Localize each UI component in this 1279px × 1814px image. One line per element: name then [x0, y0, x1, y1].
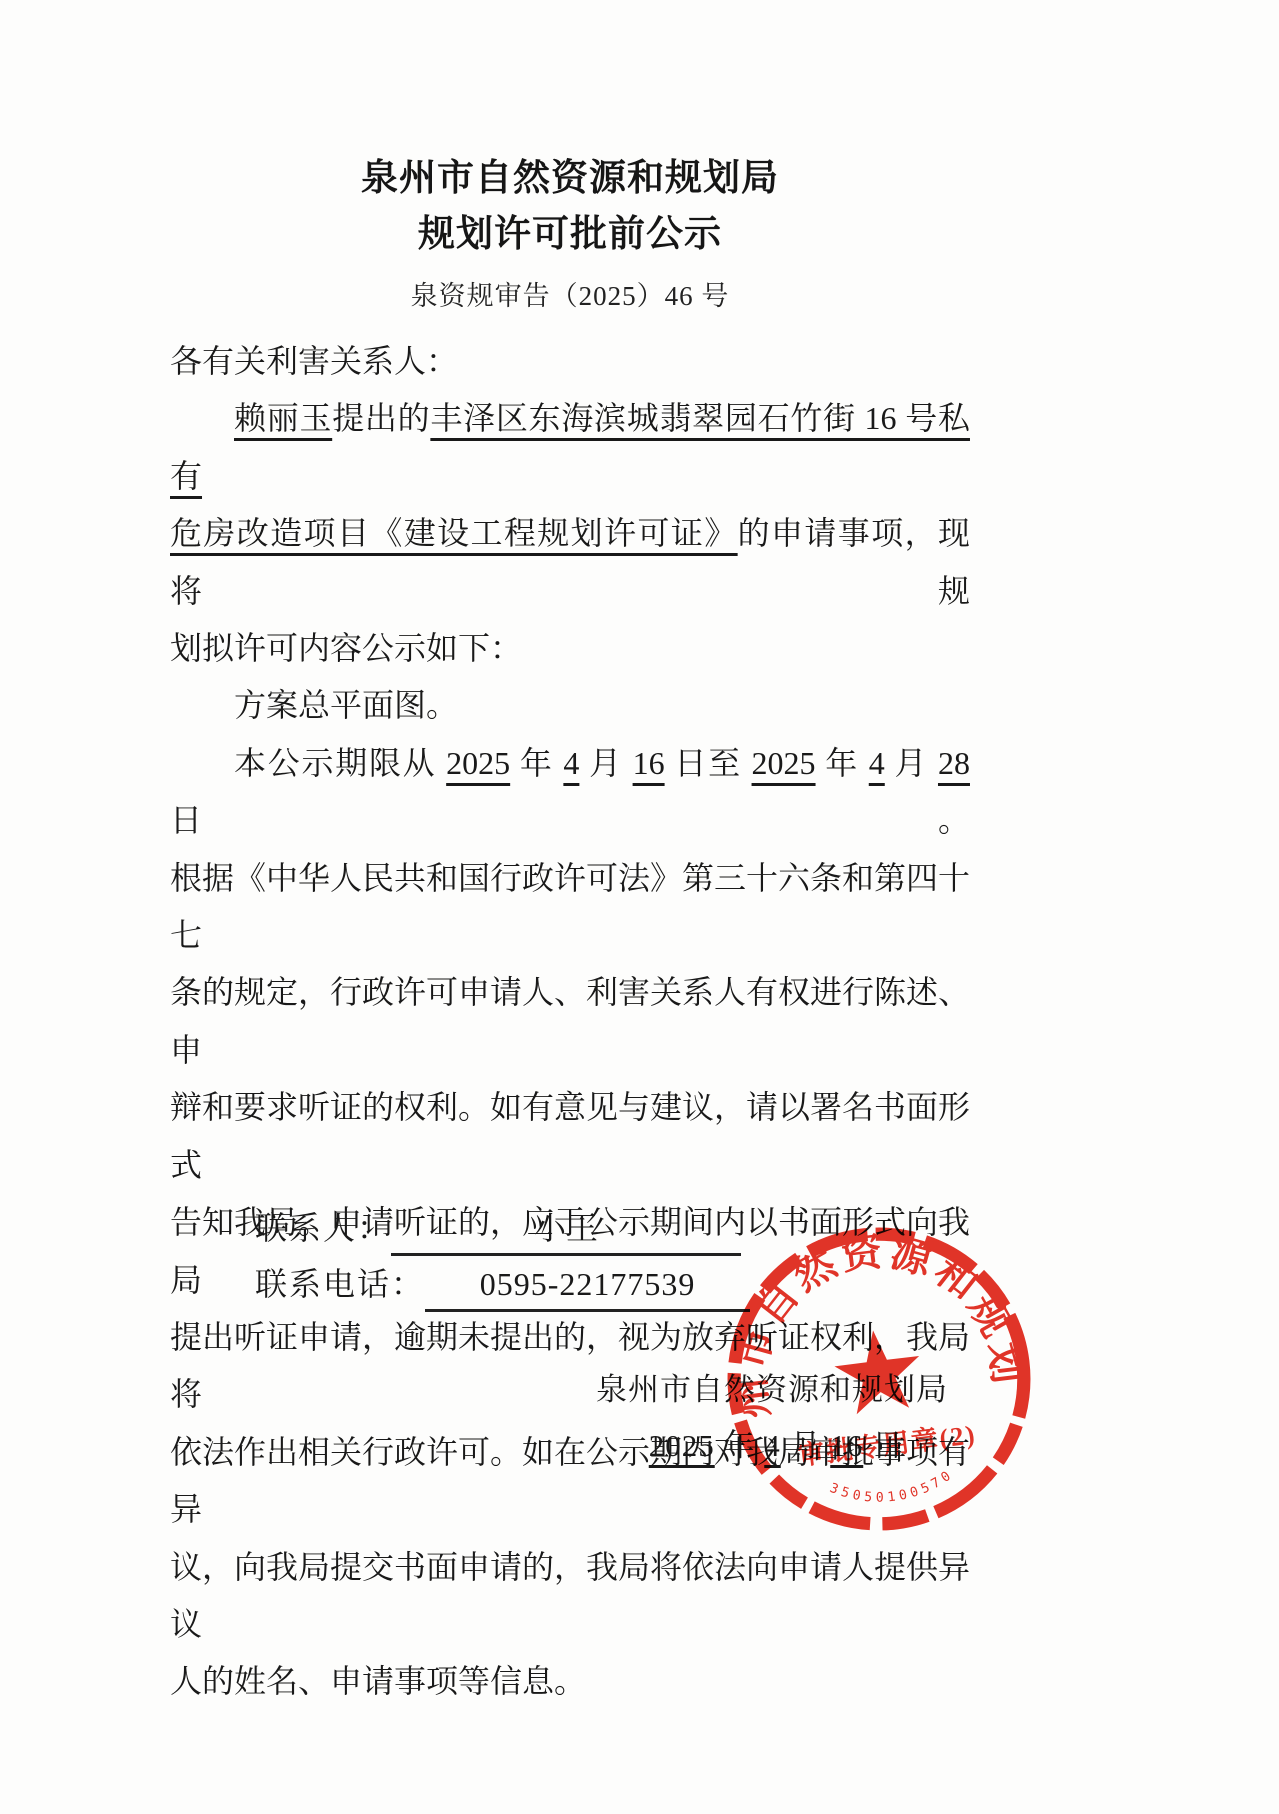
contact-person-label: 联系人： — [255, 1200, 391, 1256]
document-page: 泉州市自然资源和规划局 规划许可批前公示 泉资规审告（2025）46 号 各有关… — [0, 0, 1279, 1814]
body-line: 划拟许可内容公示如下： — [170, 620, 970, 677]
text-run: 本公示期限从 — [234, 745, 446, 781]
title-line-1: 泉州市自然资源和规划局 — [170, 150, 970, 206]
text-run: 提出的 — [332, 400, 430, 436]
text-run: 条的规定，行政许可申请人、利害关系人有权进行陈述、申 — [170, 974, 970, 1067]
text-run: 月 — [885, 745, 938, 781]
text-run: 方案总平面图。 — [234, 687, 458, 723]
body-line: 人的姓名、申请事项等信息。 — [170, 1653, 970, 1710]
underlined-text: 4 — [764, 1428, 781, 1463]
title-line-2: 规划许可批前公示 — [170, 206, 970, 262]
text-run: 年 — [510, 745, 563, 781]
body-line: 辩和要求听证的权利。如有意见与建议，请以署名书面形式 — [170, 1079, 970, 1194]
contact-person-value: 小王 — [391, 1203, 741, 1256]
signature-date: 2025 年 4 月 16 日 — [170, 1418, 970, 1474]
text-run: 年 — [715, 1428, 765, 1463]
underlined-text: 2025 — [752, 745, 816, 781]
text-run: 日。 — [170, 802, 970, 838]
body-line: 根据《中华人民共和国行政许可法》第三十六条和第四十七 — [170, 850, 970, 965]
underlined-text: 4 — [563, 745, 579, 781]
text-run: 日至 — [665, 745, 752, 781]
body-line: 危房改造项目《建设工程规划许可证》的申请事项，现将规 — [170, 505, 970, 620]
text-run: 月 — [579, 745, 632, 781]
text-run: 年 — [816, 745, 869, 781]
document-body: 各有关利害关系人：赖丽玉提出的丰泽区东海滨城翡翠园石竹街 16 号私有危房改造项… — [170, 333, 970, 1711]
document-header: 泉州市自然资源和规划局 规划许可批前公示 泉资规审告（2025）46 号 — [170, 150, 970, 313]
body-line: 赖丽玉提出的丰泽区东海滨城翡翠园石竹街 16 号私有 — [170, 390, 970, 505]
contact-section: 联系人：小王 联系电话：0595-22177539 — [255, 1200, 750, 1312]
underlined-text: 28 — [938, 745, 970, 781]
body-line: 条的规定，行政许可申请人、利害关系人有权进行陈述、申 — [170, 964, 970, 1079]
text-run: 日 — [863, 1428, 904, 1463]
underlined-text: 2025 — [649, 1428, 715, 1463]
underlined-text: 2025 — [446, 745, 510, 781]
underlined-text: 16 — [633, 745, 665, 781]
body-line: 各有关利害关系人： — [170, 333, 970, 390]
contact-phone-row: 联系电话：0595-22177539 — [255, 1256, 750, 1312]
underlined-text: 4 — [869, 745, 885, 781]
signature-section: 泉州市自然资源和规划局 2025 年 4 月 16 日 — [170, 1362, 970, 1474]
underlined-text: 16 — [830, 1428, 863, 1463]
text-run: 辩和要求听证的权利。如有意见与建议，请以署名书面形式 — [170, 1089, 970, 1182]
body-line: 方案总平面图。 — [170, 677, 970, 734]
text-run: 划拟许可内容公示如下： — [170, 630, 522, 666]
contact-phone-label: 联系电话： — [255, 1256, 425, 1312]
contact-person-row: 联系人：小王 — [255, 1200, 750, 1256]
text-run: 各有关利害关系人： — [170, 343, 458, 379]
body-line: 本公示期限从 2025 年 4 月 16 日至 2025 年 4 月 28 日。 — [170, 735, 970, 850]
underlined-text: 危房改造项目《建设工程规划许可证》 — [170, 515, 738, 551]
text-run: 人的姓名、申请事项等信息。 — [170, 1663, 586, 1699]
signature-org: 泉州市自然资源和规划局 — [170, 1362, 970, 1418]
text-run: 议，向我局提交书面申请的，我局将依法向申请人提供异议 — [170, 1549, 970, 1642]
document-number: 泉资规审告（2025）46 号 — [170, 274, 970, 313]
text-run: 根据《中华人民共和国行政许可法》第三十六条和第四十七 — [170, 860, 970, 953]
text-run: 月 — [781, 1428, 831, 1463]
underlined-text: 赖丽玉 — [234, 400, 332, 436]
contact-phone-value: 0595-22177539 — [425, 1259, 750, 1312]
body-line: 议，向我局提交书面申请的，我局将依法向申请人提供异议 — [170, 1539, 970, 1654]
